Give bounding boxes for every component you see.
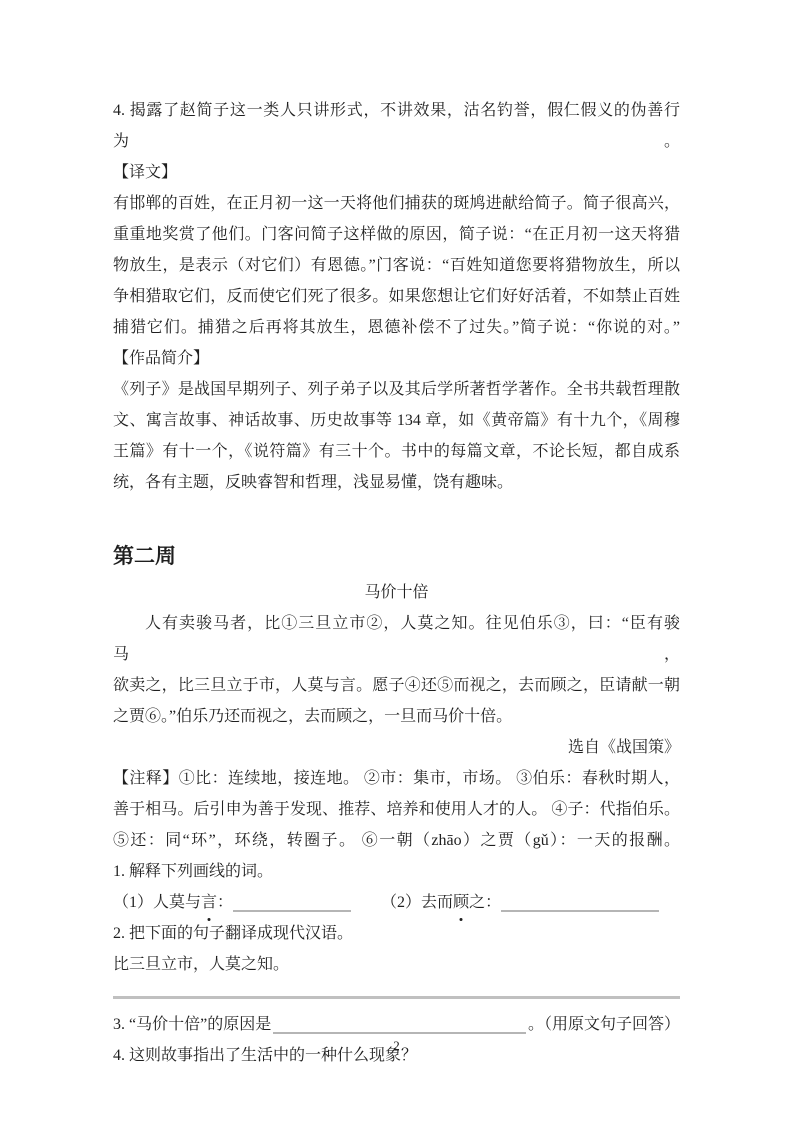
page-number: 2 (0, 1036, 793, 1056)
question-1-stem: 1. 解释下列画线的词。 (113, 856, 680, 887)
question-1-items: （1）人莫与言： （2）去而顾之： (113, 887, 680, 918)
question-3-answer-blank (273, 1032, 526, 1034)
translation-line: 有邯郸的百姓，在正月初一这一天将他们捕获的斑鸠进献给简子。简子很高兴， (113, 188, 680, 219)
work-intro-label: 【作品简介】 (113, 343, 680, 374)
answer-point-line: 4. 揭露了赵简子这一类人只讲形式，不讲效果，沽名钓誉，假仁假义的伪善行为。 (113, 95, 680, 157)
notes-line: 善于相马。后引申为善于发现、推荐、培养和使用人才的人。 ④子：代指伯乐。 (113, 794, 680, 825)
question-1-item-1-emphasized-word: 言 (201, 887, 217, 918)
source-attribution: 选自《战国策》 (113, 732, 680, 763)
answer-blank-2 (501, 910, 659, 912)
question-2-sentence: 比三旦立市，人莫之知。 (113, 949, 680, 980)
translation-line: 争相猎取它们，反而使它们死了很多。如果您想让它们好好活着，不如禁止百姓 (113, 281, 680, 312)
passage-line: 之贾⑥。”伯乐乃还而视之，去而顾之，一旦而马价十倍。 (113, 701, 680, 732)
week-heading: 第二周 (113, 540, 680, 572)
translation-line: 重重地奖赏了他们。门客问简子这样做的原因，简子说：“在正月初一这天将猎 (113, 219, 680, 250)
passage-line: 欲卖之，比三旦立于市，人莫与言。愿子④还⑤而视之，去而顾之，臣请献一朝 (113, 670, 680, 701)
translation-line: 捕猎它们。捕猎之后再将其放生，恩德补偿不了过失。”简子说：“你说的对。” (113, 312, 680, 343)
question-1-item-1-colon: ： (217, 887, 233, 918)
translation-line: 物放生，是表示（对它们）有恩德。”门客说：“百姓知道您要将猎物放生，所以 (113, 250, 680, 281)
notes-line: ⑤还：同“环”，环绕，转圈子。 ⑥一朝（zhāo）之贾（gǔ）：一天的报酬。 (113, 825, 680, 856)
passage-title: 马价十倍 (113, 577, 680, 608)
question-2-stem: 2. 把下面的句子翻译成现代汉语。 (113, 918, 680, 949)
question-1-item-2-emphasized-word: 顾 (453, 887, 469, 918)
question-1-item-2-pre: （2）去而 (381, 887, 453, 918)
item-gap (351, 887, 381, 918)
answer-separator-line (113, 996, 680, 999)
work-intro-line: 统，各有主题，反映睿智和哲理，浅显易懂，饶有趣味。 (113, 467, 680, 498)
work-intro-line: 王篇》有十一个，《说符篇》有三十个。书中的每篇文章，不论长短，都自成系 (113, 436, 680, 467)
translation-label: 【译文】 (113, 157, 680, 188)
work-intro-line: 文、寓言故事、神话故事、历史故事等 134 章，如《黄帝篇》有十九个，《周穆 (113, 405, 680, 436)
work-intro-line: 《列子》是战国早期列子、列子弟子以及其后学所著哲学著作。全书共载哲理散 (113, 374, 680, 405)
answer-blank-1 (233, 910, 351, 912)
notes-line: 【注释】①比：连续地，接连地。 ②市：集市，市场。 ③伯乐：春秋时期人， (113, 763, 680, 794)
passage-line: 人有卖骏马者，比①三旦立市②，人莫之知。往见伯乐③，曰：“臣有骏马， (113, 608, 680, 670)
question-1-item-2-colon: 之： (469, 887, 501, 918)
document-page: 4. 揭露了赵简子这一类人只讲形式，不讲效果，沽名钓誉，假仁假义的伪善行为。 【… (0, 0, 793, 1122)
question-1-item-1-pre: （1）人莫与 (113, 887, 201, 918)
page-content: 4. 揭露了赵简子这一类人只讲形式，不讲效果，沽名钓誉，假仁假义的伪善行为。 【… (113, 95, 680, 1071)
